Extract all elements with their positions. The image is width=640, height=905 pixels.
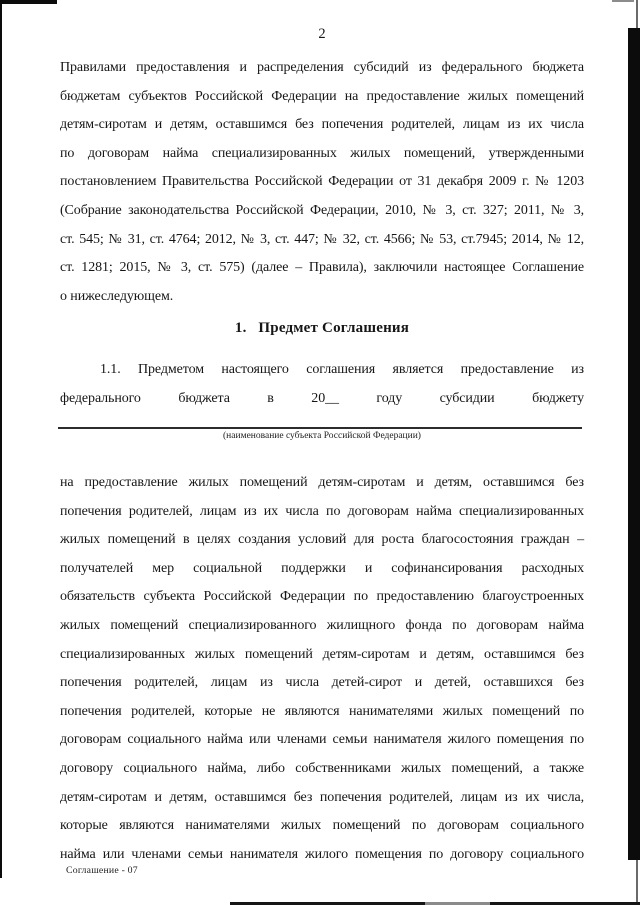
- text-line: детям-сиротам и детям, оставшимся без по…: [60, 111, 584, 140]
- text-line: детям-сиротам и детям, оставшимся без по…: [60, 784, 584, 813]
- text-line: обязательств субъекта Российской Федерац…: [60, 583, 584, 612]
- text-line: ст. 545; № 31, ст. 4764; 2012, № 3, ст. …: [60, 226, 584, 255]
- text-line: попечения родителей, лицам из числа дете…: [60, 669, 584, 698]
- fill-in-caption: (наименование субъекта Российской Федера…: [60, 431, 584, 441]
- body-paragraph: на предоставление жилых помещений детям-…: [60, 469, 584, 869]
- page-number: 2: [60, 26, 584, 43]
- text-line: по договорам найма специализированных жи…: [60, 140, 584, 169]
- text-line: (Собрание законодательства Российской Фе…: [60, 197, 584, 226]
- text-line: попечения родителей, которые не являются…: [60, 698, 584, 727]
- text-line: найма или членами семьи нанимателя жилог…: [60, 841, 584, 870]
- scan-edge-right-thin: [636, 0, 638, 905]
- text-line: которые являются нанимателями жилых поме…: [60, 812, 584, 841]
- text-line: договору социального найма, либо собстве…: [60, 755, 584, 784]
- footer-doc-code: Соглашение - 07: [66, 865, 138, 876]
- scan-edge-top-right: [612, 0, 634, 2]
- text-line: специализированных жилых помещений детям…: [60, 641, 584, 670]
- document-page: 2 Правилами предоставления и распределен…: [0, 0, 640, 905]
- text-line: на предоставление жилых помещений детям-…: [60, 469, 584, 498]
- text-line: договорам социального найма или членами …: [60, 726, 584, 755]
- text-line: 1.1. Предметом настоящего соглашения явл…: [60, 356, 584, 385]
- section-heading: 1. Предмет Соглашения: [60, 320, 584, 337]
- text-line: постановлением Правительства Российской …: [60, 168, 584, 197]
- fill-in-line: [58, 427, 582, 429]
- text-line: получателей мер социальной поддержки и с…: [60, 555, 584, 584]
- text-line: жилых помещений специализированного жили…: [60, 612, 584, 641]
- text-line: федерального бюджета в 20__ году субсиди…: [60, 385, 584, 414]
- text-line: ст. 1281; 2015, № 3, ст. 575) (далее – П…: [60, 254, 584, 283]
- text-line: попечения родителей, лицам из их числа п…: [60, 498, 584, 527]
- text-line: жилых помещений в целях создания условий…: [60, 526, 584, 555]
- scan-edge-top-left: [0, 0, 57, 4]
- scan-edge-left: [0, 0, 2, 878]
- text-line: Правилами предоставления и распределения…: [60, 54, 584, 83]
- clause-1-1-paragraph: 1.1. Предметом настоящего соглашения явл…: [60, 356, 584, 413]
- intro-paragraph-last-line: о нижеследующем.: [60, 283, 584, 312]
- scan-band-right: [628, 28, 640, 860]
- text-line: бюджетам субъектов Российской Федерации …: [60, 83, 584, 112]
- intro-paragraph: Правилами предоставления и распределения…: [60, 54, 584, 283]
